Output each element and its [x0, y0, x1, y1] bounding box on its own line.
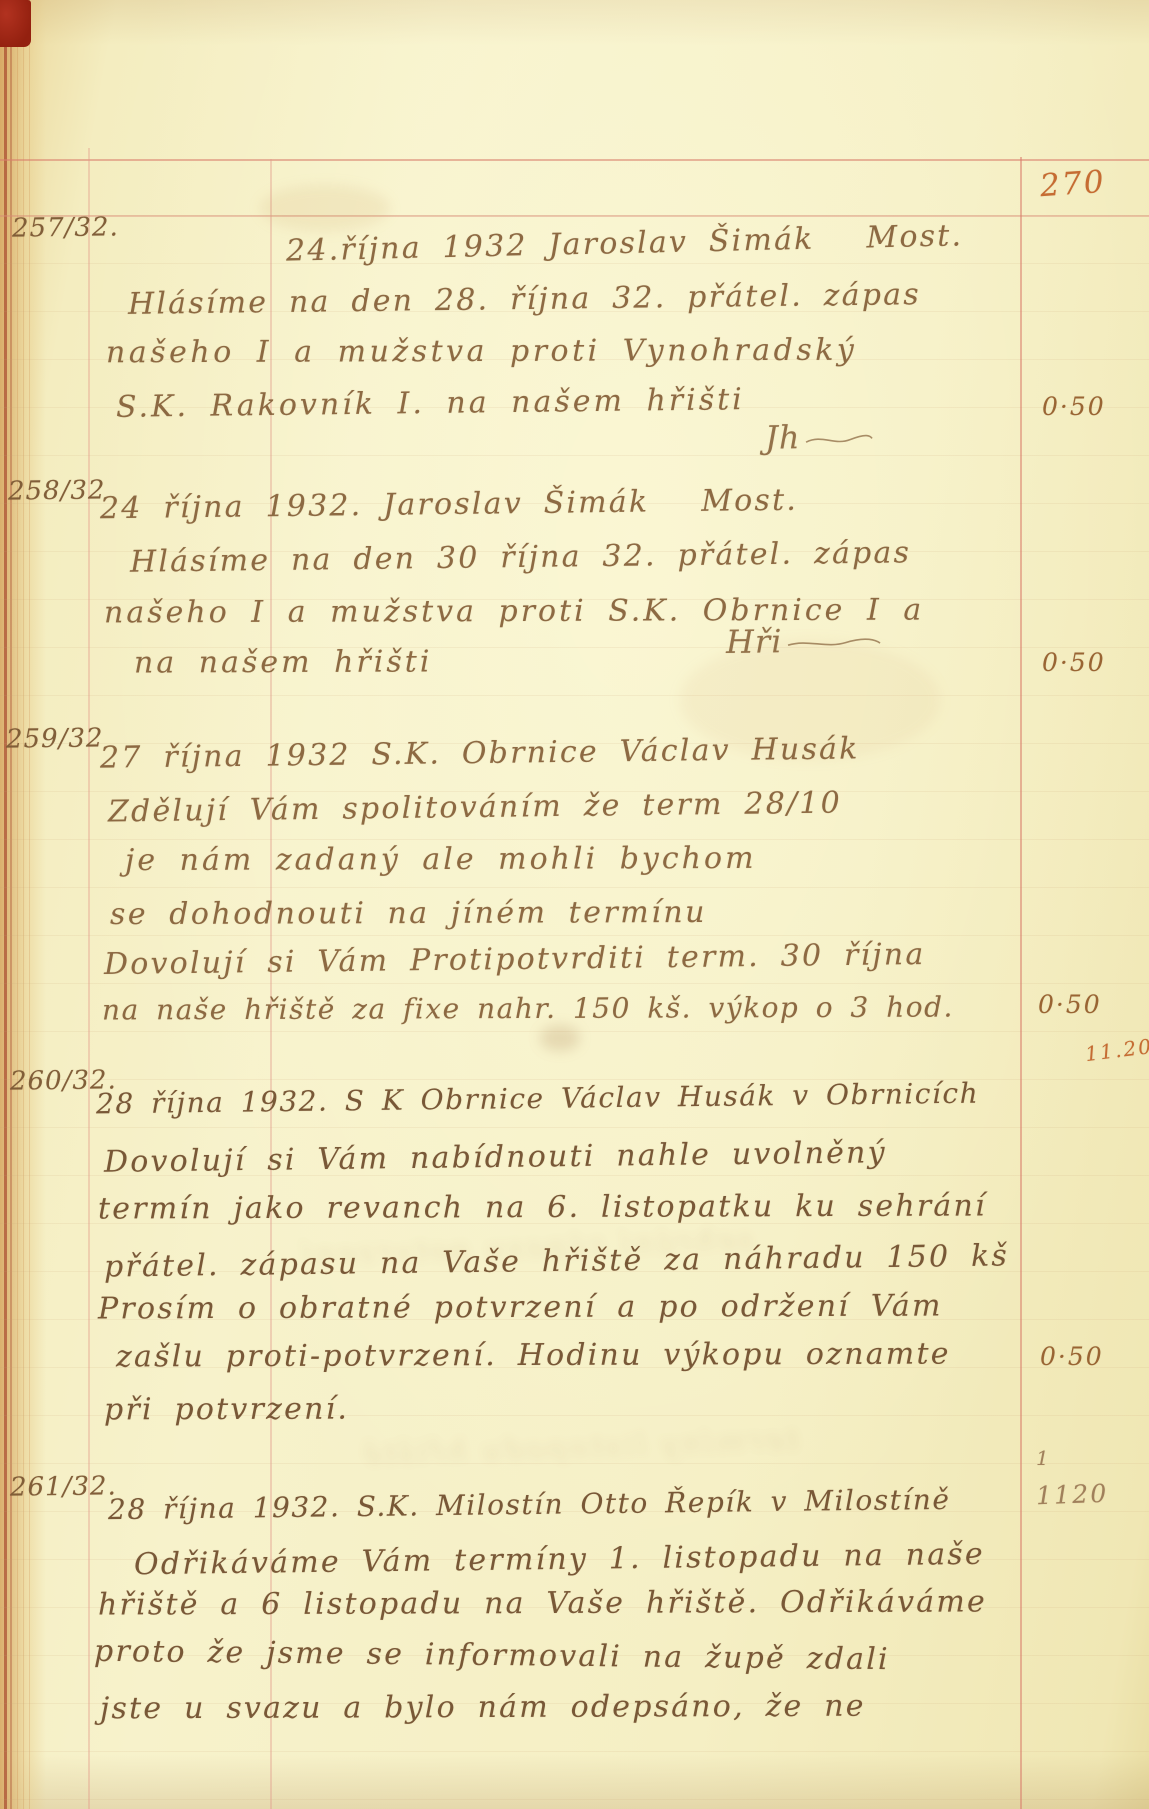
- entry-line: při potvrzení.: [104, 1392, 349, 1428]
- entry-header-text: 24 října 1932. Jaroslav Šimák: [100, 485, 650, 527]
- bottom-note: 1120: [1036, 1479, 1109, 1511]
- fee-value: 0·50: [1042, 648, 1106, 677]
- entry-line: Prosím o obratné potvrzení a po održení …: [98, 1289, 943, 1327]
- entry-number: 257/32.: [12, 212, 119, 243]
- fee-value: 0·50: [1038, 990, 1102, 1019]
- entry-line: jste u svazu a bylo nám odepsáno, že ne: [100, 1689, 866, 1727]
- fee-value: 0·50: [1042, 392, 1106, 421]
- fee-value: 0·50: [1040, 1342, 1104, 1371]
- entry-number: 258/32: [8, 475, 106, 506]
- entry-line: na naše hřiště za fixe nahr. 150 kš. výk…: [102, 991, 954, 1027]
- entry-place: Most.: [701, 483, 798, 519]
- page-number: 270: [1039, 164, 1107, 205]
- signature-text: Hři: [726, 622, 783, 661]
- entry-line: termín jako revanch na 6. listopatku ku …: [98, 1188, 987, 1226]
- ruled-line-horizontal-top: [0, 159, 1149, 161]
- signature-flourish-icon: [804, 431, 874, 448]
- bottom-note: 1: [1036, 1446, 1051, 1470]
- entry-line: zašlu proti-potvrzení. Hodinu výkopu ozn…: [116, 1337, 951, 1375]
- ruled-line-vertical-fee-col: [1020, 157, 1022, 1809]
- paper-stain: [260, 185, 390, 231]
- entry-signature: Jh: [765, 417, 875, 456]
- red-corner-mark: [0, 0, 31, 47]
- entry-line: se dohodnouti na jíném termínu: [110, 895, 707, 932]
- entry-line: na našem hřišti: [134, 644, 433, 680]
- entry-number: 261/32.: [10, 1471, 117, 1502]
- paper-stain: [540, 1025, 580, 1051]
- signature-text: Jh: [765, 418, 801, 456]
- entry-number: 259/32: [6, 723, 104, 754]
- entry-signature: Hři: [726, 621, 883, 661]
- ledger-page: sehrání zápasu potvrzení termíny listopa…: [0, 0, 1149, 1809]
- entry-place: Most.: [866, 218, 964, 255]
- ruled-line-vertical-left: [88, 148, 90, 1809]
- entry-line: našeho I a mužstva proti Vynohradský: [106, 333, 857, 371]
- entry-line: hřiště a 6 listopadu na Vaše hřiště. Odř…: [98, 1584, 987, 1622]
- signature-flourish-icon: [786, 635, 882, 652]
- entry-line: je nám zadaný ale mohli bychom: [125, 841, 757, 878]
